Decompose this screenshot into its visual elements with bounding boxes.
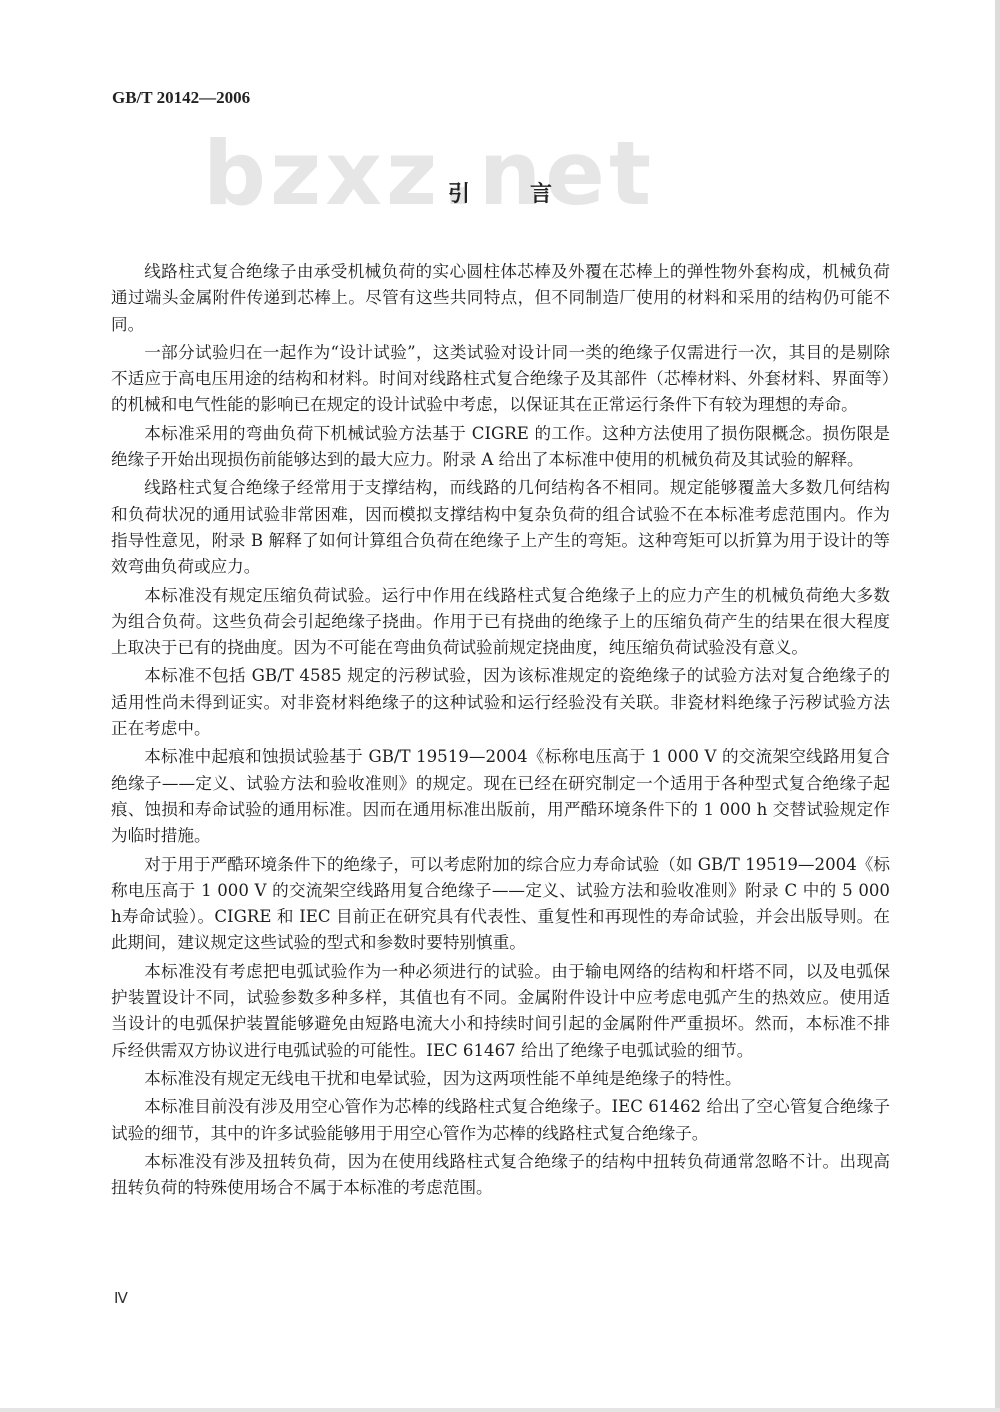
paragraph: 线路柱式复合绝缘子经常用于支撑结构，而线路的几何结构各不相同。规定能够覆盖大多数… — [111, 475, 890, 580]
paragraph: 本标准采用的弯曲负荷下机械试验方法基于 CIGRE 的工作。这种方法使用了损伤限… — [111, 421, 890, 474]
page-edge-bottom — [0, 1408, 1000, 1412]
paragraph: 本标准没有规定压缩负荷试验。运行中作用在线路柱式复合绝缘子上的应力产生的机械负荷… — [111, 583, 890, 662]
paragraph: 一部分试验归在一起作为“设计试验”，这类试验对设计同一类的绝缘子仅需进行一次，其… — [111, 340, 890, 419]
standard-code-header: GB/T 20142—2006 — [112, 88, 250, 108]
document-body: 线路柱式复合绝缘子由承受机械负荷的实心圆柱体芯棒及外覆在芯棒上的弹性物外套构成，… — [111, 259, 890, 1203]
paragraph: 对于用于严酷环境条件下的绝缘子，可以考虑附加的综合应力寿命试验（如 GB/T 1… — [111, 852, 890, 957]
paragraph: 本标准目前没有涉及用空心管作为芯棒的线路柱式复合绝缘子。IEC 61462 给出… — [111, 1094, 890, 1147]
paragraph: 本标准不包括 GB/T 4585 规定的污秽试验，因为该标准规定的瓷绝缘子的试验… — [111, 663, 890, 742]
paragraph: 线路柱式复合绝缘子由承受机械负荷的实心圆柱体芯棒及外覆在芯棒上的弹性物外套构成，… — [111, 259, 890, 338]
page-title: 引言 — [0, 177, 1000, 208]
paragraph: 本标准没有考虑把电弧试验作为一种必须进行的试验。由于输电网络的结构和杆塔不同，以… — [111, 959, 890, 1064]
paragraph: 本标准没有规定无线电干扰和电晕试验，因为这两项性能不单纯是绝缘子的特性。 — [111, 1066, 890, 1092]
paragraph: 本标准中起痕和蚀损试验基于 GB/T 19519—2004《标称电压高于 1 0… — [111, 744, 890, 849]
page-edge-right — [995, 0, 1000, 1412]
paragraph: 本标准没有涉及扭转负荷，因为在使用线路柱式复合绝缘子的结构中扭转负荷通常忽略不计… — [111, 1149, 890, 1202]
page-number: Ⅳ — [114, 1289, 128, 1308]
